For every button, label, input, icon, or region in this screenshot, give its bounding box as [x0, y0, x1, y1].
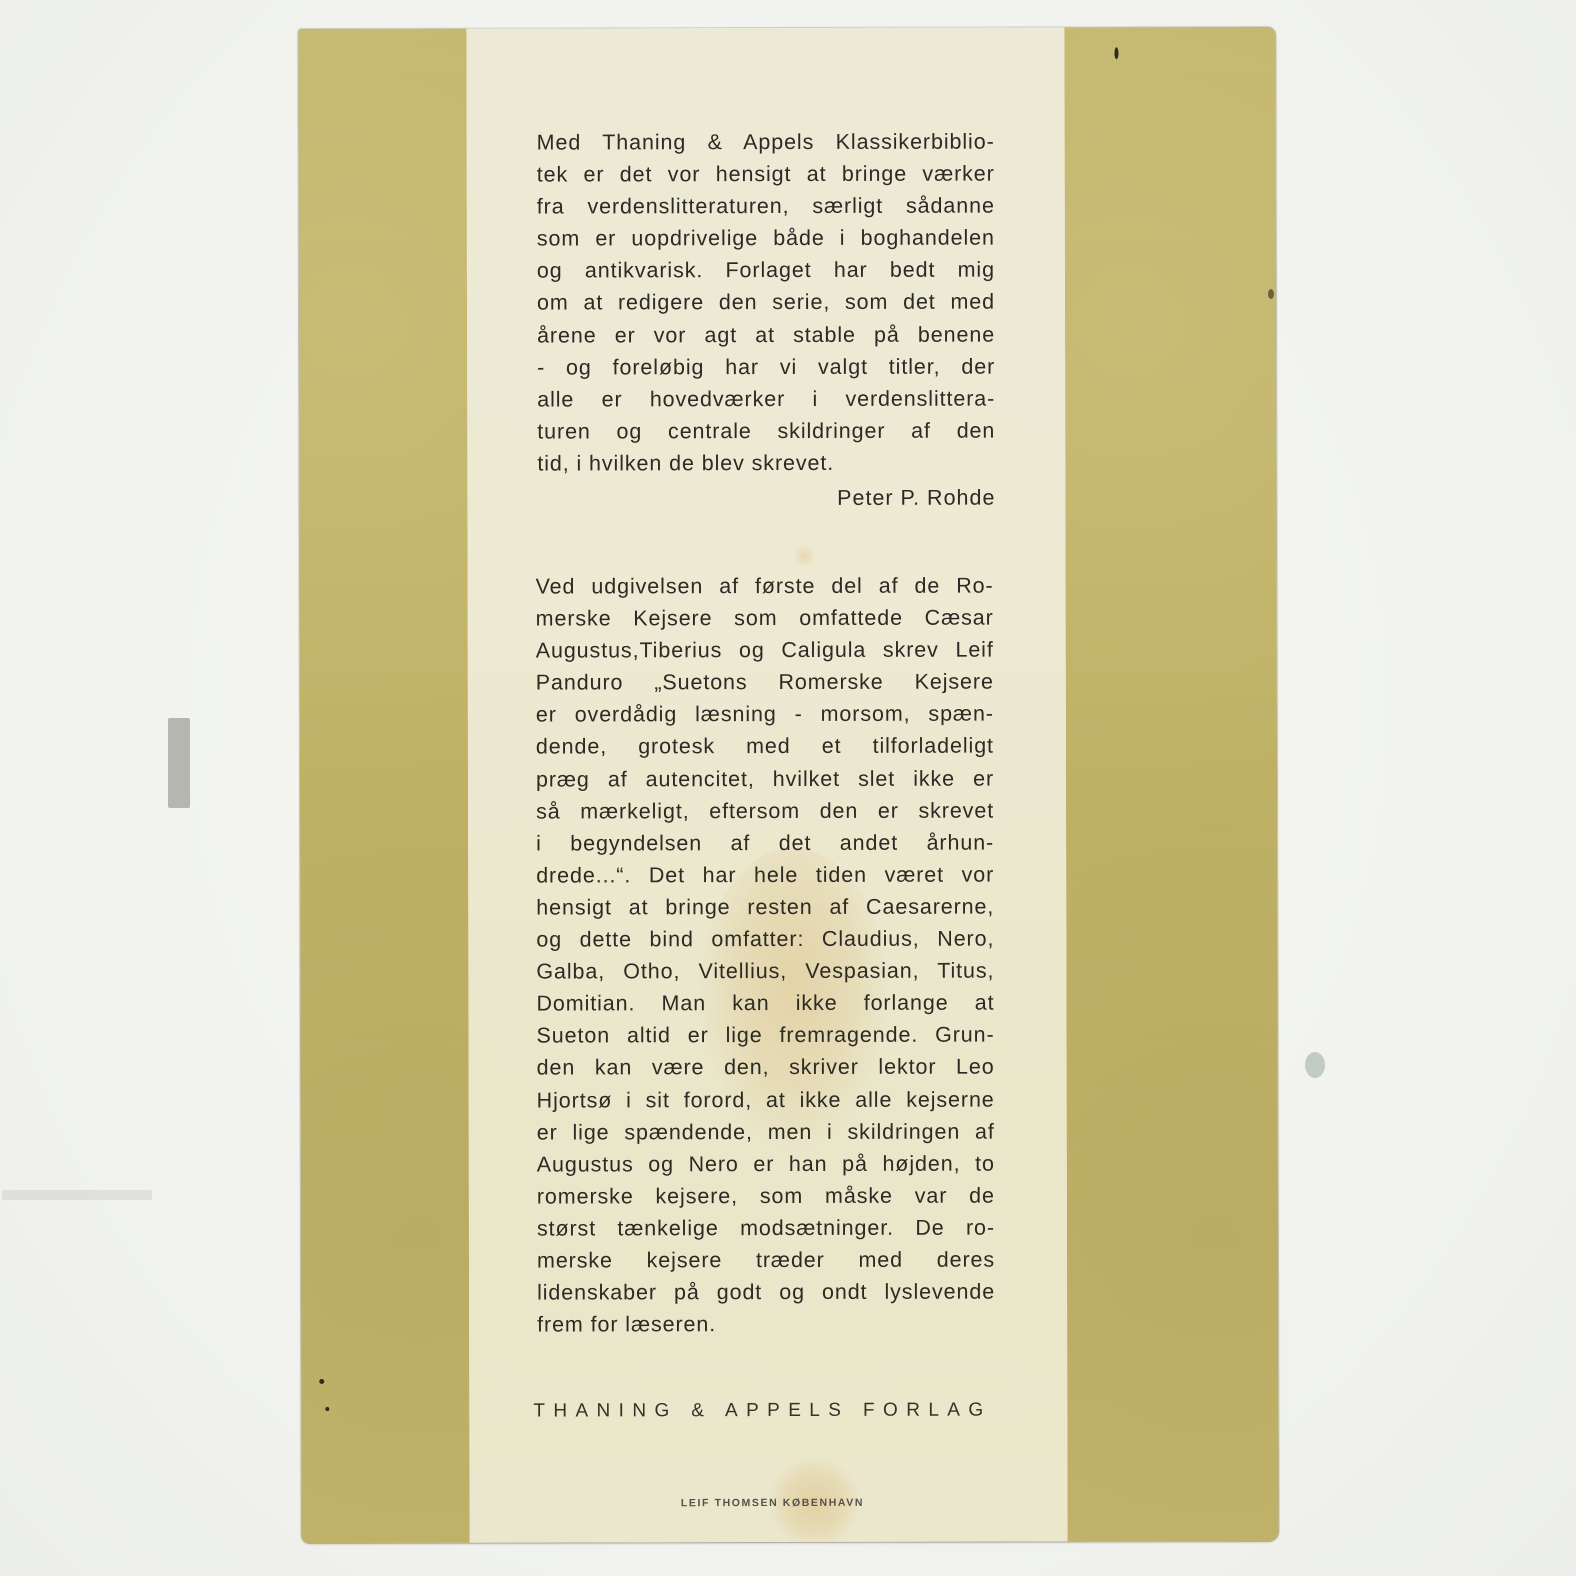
text-line: hensigt at bringe resten af Caesarerne,	[536, 891, 994, 924]
publisher-name: THANING & APPELS FORLAG	[533, 1400, 997, 1423]
text-line: - og foreløbig har vi valgt titler, der	[537, 350, 995, 383]
text-line: er overdådig læsning - morsom, spæn-	[536, 698, 994, 731]
text-line: tek er det vor hensigt at bringe værker	[537, 158, 995, 191]
text-line: Augustus og Nero er han på højden, to	[537, 1147, 995, 1180]
photo-background: Med Thaning & Appels Klassikerbiblio- te…	[0, 0, 1576, 1576]
text-line: Med Thaning & Appels Klassikerbiblio-	[537, 126, 995, 159]
cover-speck	[325, 1407, 329, 1411]
text-line: den kan være den, skriver lektor Leo	[537, 1051, 995, 1084]
cover-speck	[319, 1379, 324, 1384]
background-smudge	[1305, 1052, 1325, 1078]
cover-band-left	[298, 29, 469, 1543]
stain	[793, 545, 815, 567]
text-line: og dette bind omfatter: Claudius, Nero,	[536, 923, 994, 956]
text-line: drede...“. Det har hele tiden været vor	[536, 858, 994, 891]
blurb-paragraph: Ved udgivelsen af første del af de Ro- m…	[536, 570, 996, 1341]
text-line: lidenskaber på godt og ondt lyslevende	[537, 1276, 995, 1309]
book-back-cover: Med Thaning & Appels Klassikerbiblio- te…	[298, 27, 1278, 1543]
background-smudge	[2, 1190, 152, 1200]
text-line: merske kejsere træder med deres	[537, 1244, 995, 1277]
signature: Peter P. Rohde	[537, 486, 995, 512]
text-line: alle er hovedværker i verdenslittera-	[537, 382, 995, 415]
text-line: romerske kejsere, som måske var de	[537, 1179, 995, 1212]
text-line: præg af autencitet, hvilket slet ikke er	[536, 762, 994, 795]
text-line: så mærkeligt, eftersom den er skrevet	[536, 794, 994, 827]
text-line: dende, grotesk med et tilforladeligt	[536, 730, 994, 763]
printer-imprint: LEIF THOMSEN KØBENHAVN	[469, 1496, 1067, 1509]
text-line: årene er vor agt at stable på benene	[537, 318, 995, 351]
text-line: Augustus,Tiberius og Caligula skrev Leif	[536, 634, 994, 667]
text-line: Sueton altid er lige fremragende. Grun-	[536, 1019, 994, 1052]
cover-speck	[1268, 289, 1274, 299]
cover-band-right	[1064, 27, 1278, 1541]
background-smudge	[168, 718, 190, 808]
text-line: Hjortsø i sit forord, at ikke alle kejse…	[537, 1083, 995, 1116]
cover-speck	[1114, 47, 1118, 59]
text-line: om at redigere den serie, som det med	[537, 286, 995, 319]
text-panel: Med Thaning & Appels Klassikerbiblio- te…	[466, 27, 1067, 1542]
text-line: merske Kejsere som omfattede Cæsar	[536, 602, 994, 635]
text-line: som er uopdrivelige både i boghandelen	[537, 222, 995, 255]
text-line: Ved udgivelsen af første del af de Ro-	[536, 570, 994, 603]
text-line: er lige spændende, men i skildringen af	[537, 1115, 995, 1148]
text-line: fra verdenslitteraturen, særligt sådanne	[537, 190, 995, 223]
text-line: i begyndelsen af det andet århun-	[536, 826, 994, 859]
text-line: og antikvarisk. Forlaget har bedt mig	[537, 254, 995, 287]
text-line: tid, i hvilken de blev skrevet.	[537, 447, 995, 480]
text-line: frem for læseren.	[537, 1308, 995, 1341]
text-line: Galba, Otho, Vitellius, Vespasian, Titus…	[536, 955, 994, 988]
intro-paragraph: Med Thaning & Appels Klassikerbiblio- te…	[537, 126, 996, 480]
text-line: Panduro „Suetons Romerske Kejsere	[536, 666, 994, 699]
text-line: turen og centrale skildringer af den	[537, 414, 995, 447]
text-line: størst tænkelige modsætninger. De ro-	[537, 1211, 995, 1244]
text-line: Domitian. Man kan ikke forlange at	[536, 987, 994, 1020]
